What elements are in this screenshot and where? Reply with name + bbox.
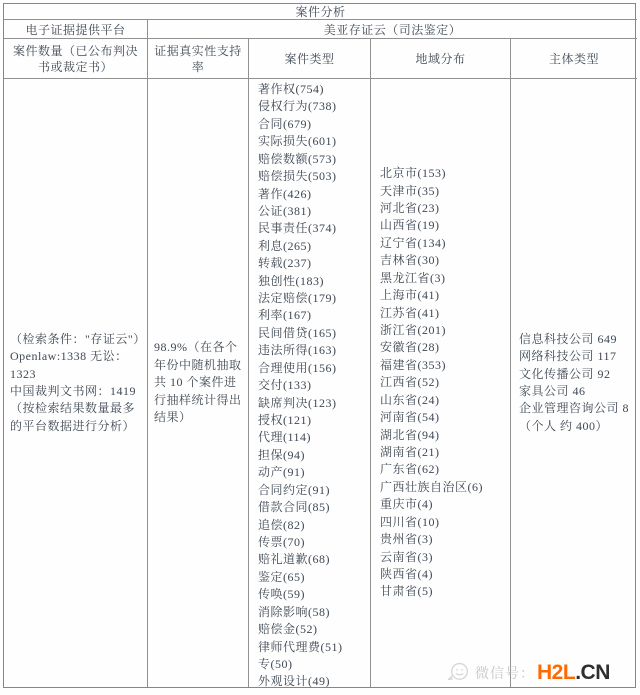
region-item: 贵州省(3): [380, 531, 510, 548]
watermark: 微信号： H2L.CN: [446, 657, 610, 689]
region-item: 广东省(62): [380, 461, 510, 478]
region-item: 福建省(353): [380, 357, 510, 374]
case-type-item: 合同(679): [258, 116, 366, 133]
case-type-item: 外观设计(49): [258, 673, 366, 687]
case-analysis-table: 案件分析 电子证据提供平台 美亚存证云（司法鉴定） 案件数量（已公布判决书或裁定…: [3, 3, 636, 688]
region-item: 河南省(54): [380, 409, 510, 426]
col-header-region: 地域分布: [371, 39, 511, 79]
subject-type-item: （个人 约 400）: [519, 418, 632, 435]
col-header-case-type: 案件类型: [249, 39, 371, 79]
subject-type-item: 信息科技公司 649: [519, 331, 632, 348]
case-type-item: 律师代理费(51): [258, 639, 366, 656]
case-type-item: 赔偿损失(503): [258, 168, 366, 185]
case-type-item: 赔偿数额(573): [258, 151, 366, 168]
case-type-item: 著作权(754): [258, 81, 366, 98]
region-item: 辽宁省(134): [380, 235, 510, 252]
case-type-item: 传唤(59): [258, 586, 366, 603]
col-header-case-count: 案件数量（已公布判决书或裁定书）: [4, 39, 148, 79]
region-item: 江苏省(41): [380, 305, 510, 322]
region-list: 北京市(153)天津市(35)河北省(23)山西省(19)辽宁省(134)吉林省…: [371, 79, 511, 687]
region-item: 重庆市(4): [380, 496, 510, 513]
platform-label: 电子证据提供平台: [4, 20, 148, 39]
region-item: 上海市(41): [380, 287, 510, 304]
region-item: 吉林省(30): [380, 252, 510, 269]
col-header-subject-type: 主体类型: [511, 39, 637, 79]
subject-type-item: 文化传播公司 92: [519, 366, 632, 383]
region-item: 湖北省(94): [380, 427, 510, 444]
case-type-item: 利息(265): [258, 238, 366, 255]
region-item: 四川省(10): [380, 514, 510, 531]
case-type-item: 利率(167): [258, 307, 366, 324]
table-title: 案件分析: [4, 4, 637, 20]
case-type-item: 法定赔偿(179): [258, 290, 366, 307]
case-type-item: 赔偿金(52): [258, 621, 366, 638]
case-type-item: 赔礼道歉(68): [258, 551, 366, 568]
subject-type-item: 网络科技公司 117: [519, 348, 632, 365]
h2l-logo-suffix: .CN: [575, 661, 610, 684]
region-item: 安徽省(28): [380, 339, 510, 356]
region-item: 湖南省(21): [380, 444, 510, 461]
case-count-cell: （检索条件："存证云"）Openlaw:1338 无讼：1323中国裁判文书网：…: [4, 79, 148, 687]
case-type-item: 合同约定(91): [258, 482, 366, 499]
region-item: 黑龙江省(3): [380, 270, 510, 287]
platform-value: 美亚存证云（司法鉴定）: [148, 20, 637, 39]
case-type-item: 消除影响(58): [258, 604, 366, 621]
region-item: 陕西省(4): [380, 566, 510, 583]
subject-type-item: 家具公司 46: [519, 383, 632, 400]
case-type-item: 独创性(183): [258, 273, 366, 290]
subject-type-list: 信息科技公司 649网络科技公司 117文化传播公司 92家具公司 46企业管理…: [511, 79, 637, 687]
case-type-item: 交付(133): [258, 377, 366, 394]
case-count-line: 中国裁判文书网：1419（按检索结果数量最多的平台数据进行分析）: [10, 383, 143, 435]
case-count-line: Openlaw:1338 无讼：1323: [10, 348, 143, 383]
case-type-item: 传票(70): [258, 534, 366, 551]
case-type-item: 借款合同(85): [258, 499, 366, 516]
case-type-item: 追偿(82): [258, 517, 366, 534]
case-count-line: （检索条件："存证云"）: [10, 331, 143, 348]
case-type-item: 专(50): [258, 656, 366, 673]
region-item: 浙江省(201): [380, 322, 510, 339]
wechat-icon: [446, 661, 471, 686]
h2l-logo: H2L.CN: [537, 661, 610, 685]
region-item: 河北省(23): [380, 200, 510, 217]
region-item: 北京市(153): [380, 165, 510, 182]
case-type-item: 公证(381): [258, 203, 366, 220]
region-item: 甘肃省(5): [380, 583, 510, 600]
case-type-item: 违法所得(163): [258, 342, 366, 359]
wechat-id-label: 微信号：: [475, 663, 535, 683]
col-header-authenticity-rate: 证据真实性支持率: [148, 39, 249, 79]
authenticity-rate-cell: 98.9%（在各个年份中随机抽取共 10 个案件进行抽样统计得出结果）: [148, 79, 249, 687]
case-type-item: 转载(237): [258, 255, 366, 272]
region-item: 天津市(35): [380, 183, 510, 200]
region-item: 广西壮族自治区(6): [380, 479, 510, 496]
h2l-logo-primary: H2L: [537, 661, 575, 684]
case-type-item: 鉴定(65): [258, 569, 366, 586]
case-type-list: 著作权(754)侵权行为(738)合同(679)实际损失(601)赔偿数额(57…: [249, 79, 371, 687]
region-item: 江西省(52): [380, 374, 510, 391]
case-type-item: 侵权行为(738): [258, 98, 366, 115]
case-type-item: 实际损失(601): [258, 133, 366, 150]
subject-type-item: 企业管理咨询公司 8: [519, 400, 632, 417]
case-type-item: 著作(426): [258, 186, 366, 203]
region-item: 云南省(3): [380, 549, 510, 566]
region-item: 山西省(19): [380, 217, 510, 234]
case-type-item: 代理(114): [258, 429, 366, 446]
case-type-item: 民间借贷(165): [258, 325, 366, 342]
case-type-item: 缺席判决(123): [258, 395, 366, 412]
authenticity-rate-text: 98.9%（在各个年份中随机抽取共 10 个案件进行抽样统计得出结果）: [154, 339, 244, 426]
case-type-item: 担保(94): [258, 447, 366, 464]
case-type-item: 授权(121): [258, 412, 366, 429]
case-type-item: 动产(91): [258, 464, 366, 481]
region-item: 山东省(24): [380, 392, 510, 409]
case-type-item: 合理使用(156): [258, 360, 366, 377]
case-type-item: 民事责任(374): [258, 220, 366, 237]
